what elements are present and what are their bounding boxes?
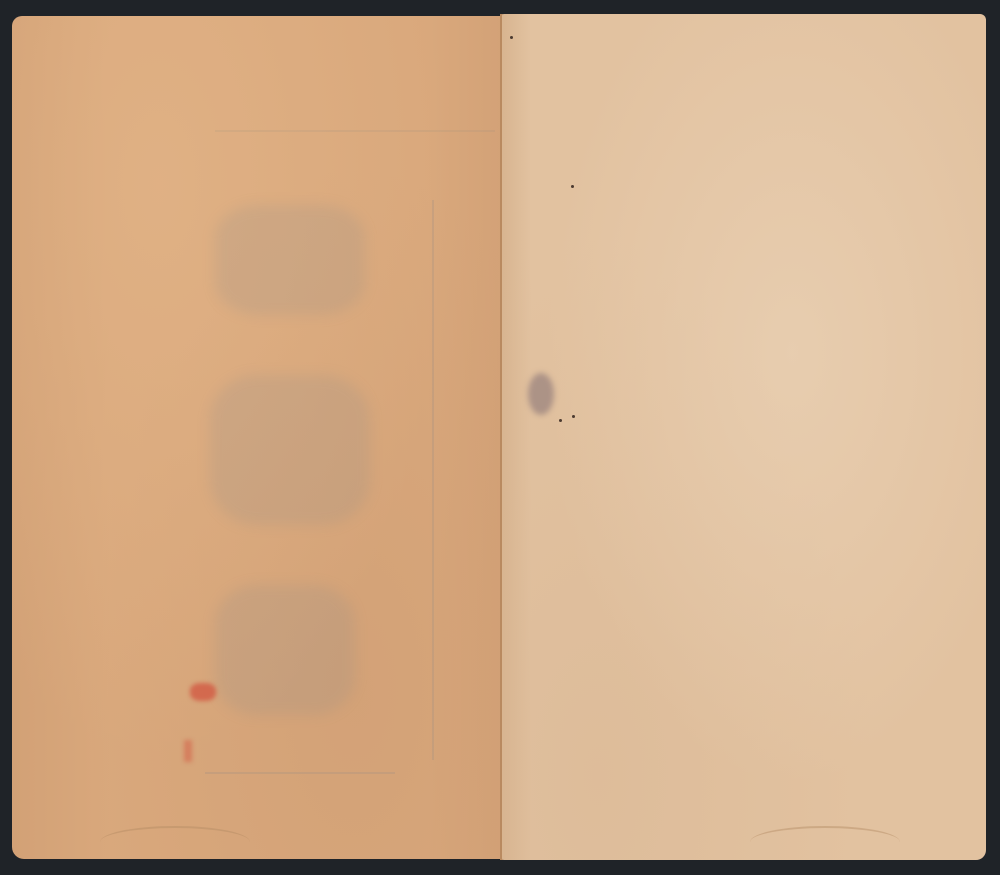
speck [510, 36, 513, 39]
show-through-character-1 [215, 205, 365, 315]
show-through-character-2 [210, 375, 370, 525]
speck [572, 415, 575, 418]
top-rule [215, 130, 495, 132]
show-through-character-3 [215, 585, 355, 715]
speck [571, 185, 574, 188]
bottom-rule [205, 772, 395, 774]
red-seal-trace [184, 740, 192, 762]
dark-stain [528, 373, 554, 415]
water-stain [100, 826, 250, 858]
water-stain [750, 826, 900, 858]
right-page [502, 14, 986, 860]
frame-line [432, 200, 434, 760]
speck [559, 419, 562, 422]
red-seal-mark [190, 683, 216, 701]
